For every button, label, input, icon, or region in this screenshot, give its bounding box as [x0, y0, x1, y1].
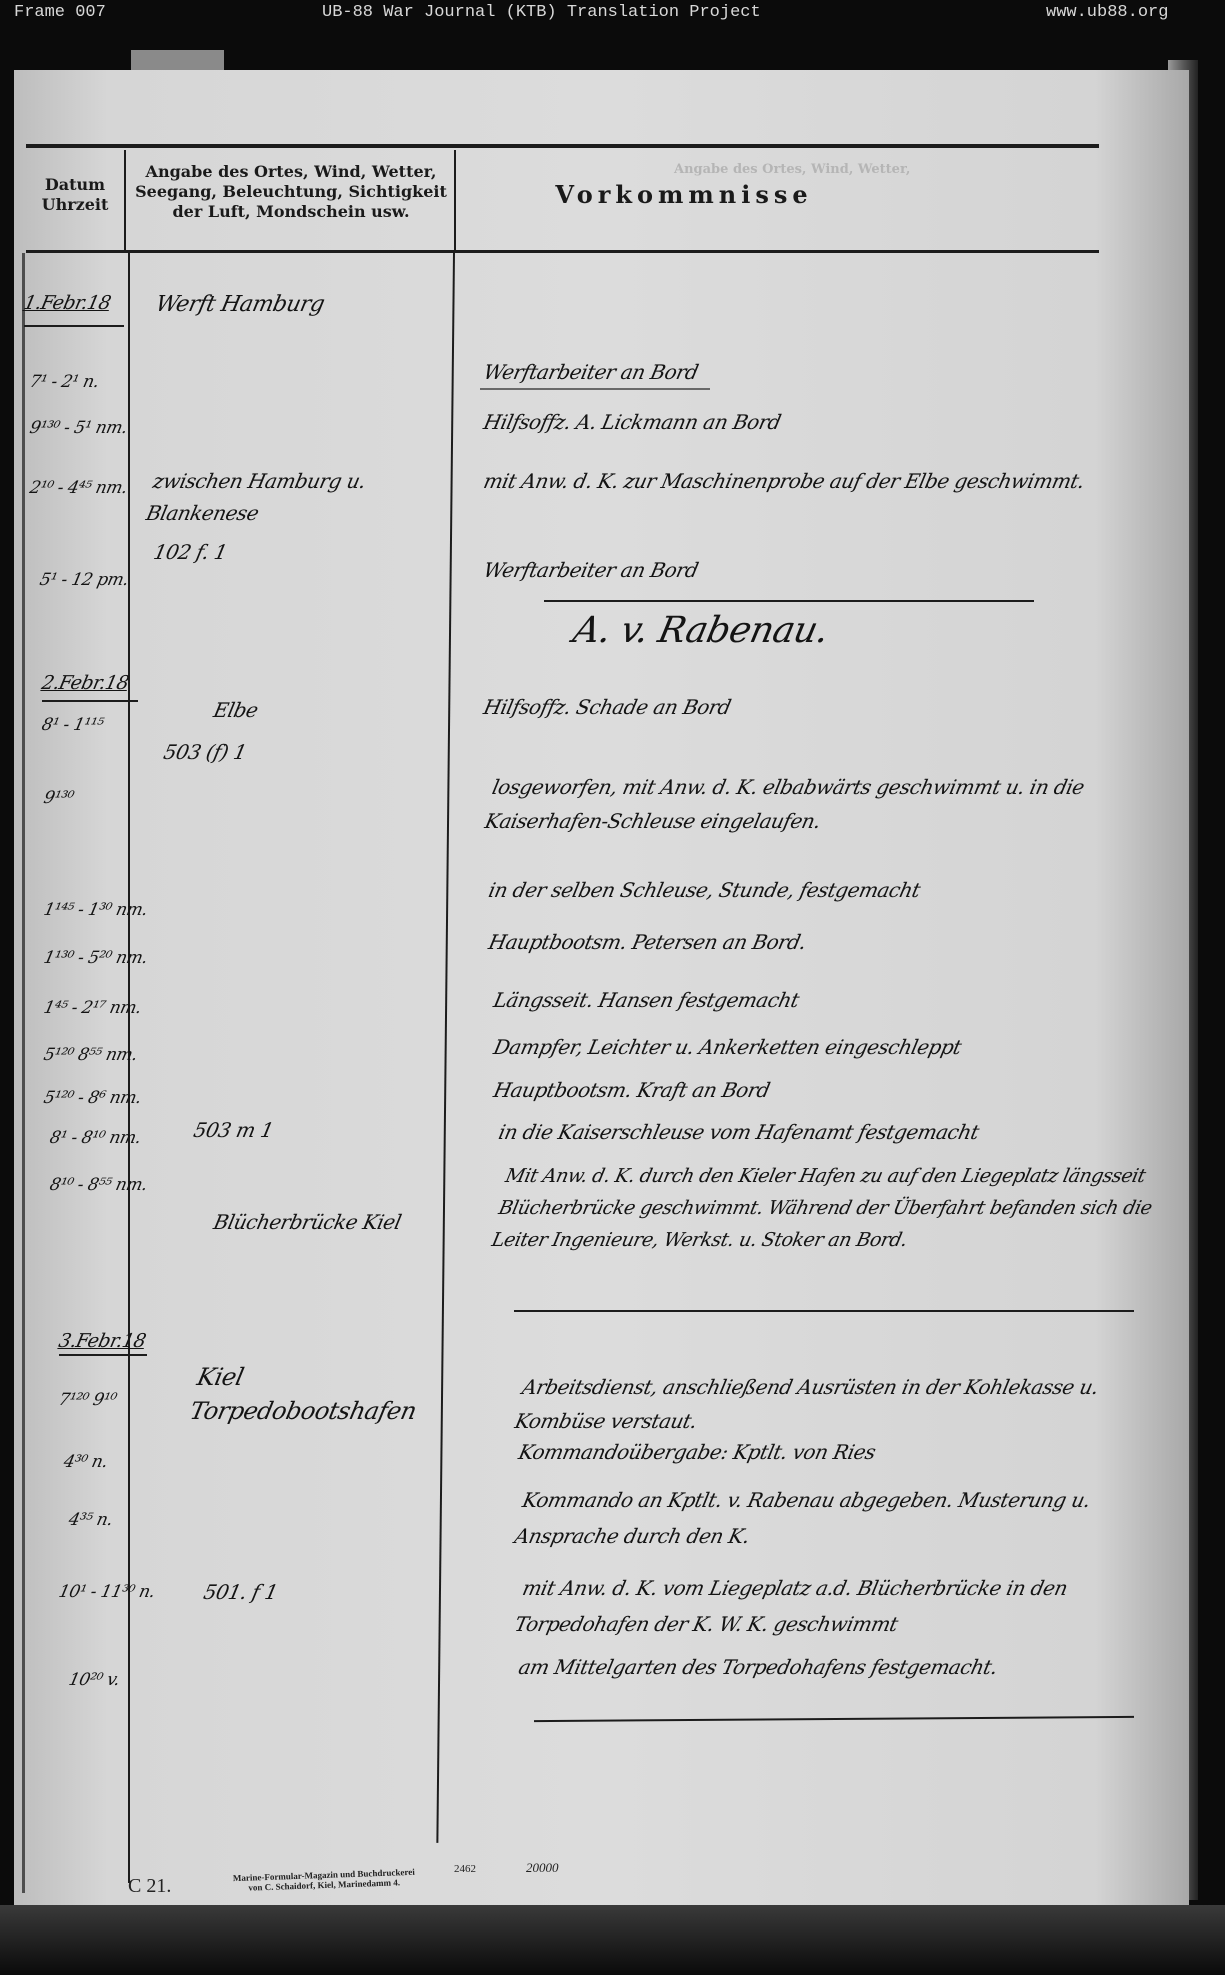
time-entry: 4³⁵ n. — [67, 1510, 114, 1530]
location-text: Kiel Torpedobootshafen — [187, 1360, 461, 1428]
time-entry: 8¹ - 8¹⁰ nm. — [48, 1128, 143, 1148]
time-entry: 5¹ - 12 pm. — [38, 570, 130, 590]
time-entry: 10¹ - 11³⁰ n. — [57, 1582, 157, 1602]
event-text: losgeworfen, mit Anw. d. K. elbabwärts g… — [482, 770, 1136, 838]
header-divider-2 — [454, 150, 456, 250]
event-text: Hilfsoffz. Schade an Bord — [481, 695, 733, 719]
header-line: Seegang, Beleuchtung, Sichtigkeit — [130, 182, 452, 202]
location-note: 501. f 1 — [201, 1580, 279, 1604]
event-text: Kommandoübergabe: Kptlt. von Ries — [516, 1440, 877, 1464]
location-note: 503 (f) 1 — [161, 740, 248, 764]
event-text: Mit Anw. d. K. durch den Kieler Hafen zu… — [489, 1160, 1169, 1256]
time-entry: 8¹ - 1¹¹⁵ — [40, 715, 105, 735]
print-number: 2462 — [454, 1863, 476, 1875]
page-tab-slip — [131, 50, 224, 70]
entry-end-rule — [514, 1310, 1134, 1312]
location-text: Elbe — [211, 698, 260, 722]
event-text: Arbeitsdienst, anschließend Ausrüsten in… — [512, 1370, 1146, 1438]
event-text: Längsseit. Hansen festgemacht — [491, 988, 801, 1012]
time-entry: 8¹⁰ - 8⁵⁵ nm. — [48, 1175, 149, 1195]
event-text: in der selben Schleuse, Stunde, festgema… — [486, 878, 922, 902]
header-divider-1 — [124, 150, 126, 250]
project-title: UB-88 War Journal (KTB) Translation Proj… — [322, 3, 761, 22]
event-text: Werftarbeiter an Bord — [481, 558, 700, 582]
time-entry: 4³⁰ n. — [62, 1452, 109, 1472]
time-entry: 10²⁰ v. — [67, 1670, 121, 1690]
event-underline — [480, 388, 710, 390]
time-entry: 1¹⁴⁵ - 1³⁰ nm. — [42, 900, 149, 920]
event-text: Werftarbeiter an Bord — [481, 360, 700, 384]
bleed-through-text: Angabe des Ortes, Wind, Wetter, — [674, 162, 910, 177]
signature-rule — [544, 600, 1034, 602]
header-location-weather: Angabe des Ortes, Wind, Wetter, Seegang,… — [130, 162, 452, 222]
frame-number: Frame 007 — [14, 3, 106, 22]
header-top-rule — [26, 144, 1099, 148]
column-divider-date — [128, 253, 130, 1883]
time-entry: 7¹ - 2¹ n. — [28, 372, 101, 392]
date-entry: 2.Febr.18 — [40, 672, 131, 694]
date-underline — [42, 700, 138, 702]
time-entry: 1⁴⁵ - 2¹⁷ nm. — [42, 998, 143, 1018]
date-underline — [24, 325, 124, 327]
event-text: Hilfsoffz. A. Lickmann an Bord — [481, 410, 783, 434]
date-entry: 3.Febr.18 — [57, 1330, 148, 1352]
event-text: in die Kaiserschleuse vom Hafenamt festg… — [496, 1120, 981, 1144]
website-label: www.ub88.org — [1046, 3, 1168, 22]
printer-imprint: Marine-Formular-Magazin und Buchdruckere… — [214, 1866, 435, 1894]
header-line: der Luft, Mondschein usw. — [130, 202, 452, 222]
header-vorkommnisse: Vorkommnisse — [534, 180, 834, 210]
frame-banner: Frame 007 UB-88 War Journal (KTB) Transl… — [0, 0, 1225, 28]
event-text: Dampfer, Leichter u. Ankerketten eingesc… — [491, 1035, 963, 1059]
event-text: Kommando an Kptlt. v. Rabenau abgegeben.… — [511, 1482, 1146, 1554]
time-entry: 5¹²⁰ - 8⁶ nm. — [42, 1088, 143, 1108]
scan-bottom-shadow — [0, 1905, 1225, 1975]
event-text: mit Anw. d. K. vom Liegeplatz a.d. Blüch… — [511, 1570, 1166, 1642]
entry-end-rule — [534, 1716, 1134, 1722]
event-text: Hauptbootsm. Petersen an Bord. — [486, 930, 808, 954]
time-entry: 9¹³⁰ - 5¹ nm. — [28, 418, 129, 438]
header-bottom-rule — [26, 250, 1099, 253]
time-entry: 9¹³⁰ — [42, 788, 76, 808]
header-line: Angabe des Ortes, Wind, Wetter, — [130, 162, 452, 182]
location-text: Werft Hamburg — [153, 292, 326, 317]
location-note: 102 f. 1 — [151, 540, 229, 564]
event-text: mit Anw. d. K. zur Maschinenprobe auf de… — [481, 465, 1108, 497]
location-note: 503 m 1 — [191, 1118, 275, 1142]
commander-signature: A. v. Rabenau. — [570, 610, 833, 651]
time-entry: 1¹³⁰ - 5²⁰ nm. — [42, 948, 149, 968]
location-text: Blücherbrücke Kiel — [211, 1210, 403, 1234]
time-entry: 2¹⁰ - 4⁴⁵ nm. — [28, 478, 129, 498]
date-underline — [59, 1354, 147, 1356]
form-code: C 21. — [128, 1875, 171, 1898]
event-text: Hauptbootsm. Kraft an Bord — [491, 1078, 772, 1102]
event-text: am Mittelgarten des Torpedohafens festge… — [516, 1655, 999, 1679]
journal-page: Datum Uhrzeit Angabe des Ortes, Wind, We… — [14, 70, 1189, 1908]
time-entry: 7¹²⁰ 9¹⁰ — [57, 1390, 118, 1410]
print-run: 20000 — [526, 1860, 559, 1876]
left-margin-line — [22, 253, 25, 1893]
header-datum: Datum Uhrzeit — [28, 175, 122, 215]
date-entry: 1.Febr.18 — [22, 292, 113, 314]
location-text: zwischen Hamburg u. Blankenese — [143, 465, 457, 529]
time-entry: 5¹²⁰ 8⁵⁵ nm. — [42, 1045, 139, 1065]
